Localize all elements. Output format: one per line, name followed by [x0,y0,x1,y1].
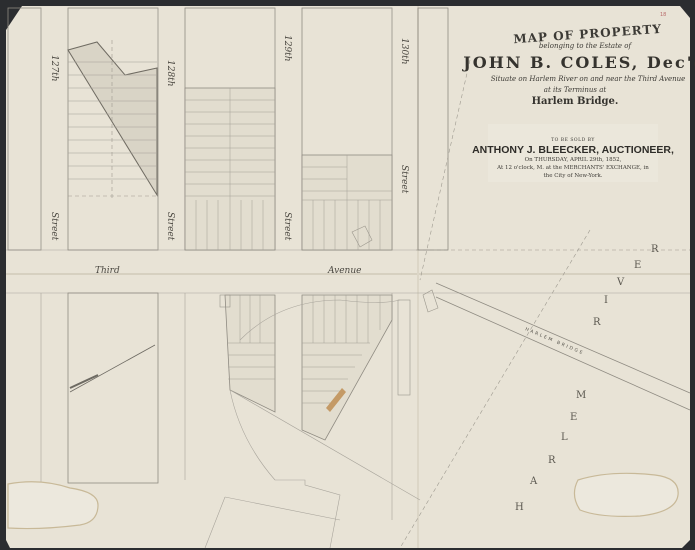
auctioneer-name: ANTHONY J. BLEECKER, AUCTIONEER, [472,144,674,156]
block-128-129-lots [185,88,275,250]
map-sheet: HARLEM BRIDGE 127th 128th 129th 130th St… [0,0,695,550]
street-127-label: 127th [49,55,59,82]
street-129-label: 129th [282,35,292,62]
auction-city: the City of New-York. [543,173,602,179]
svg-text:R: R [548,455,557,466]
owner-name: JOHN B. COLES, Dec'd [461,53,695,72]
third-label: Third [95,266,120,276]
street-128-label: 128th [165,60,175,87]
catalog-stamp: 18 [660,12,666,18]
svg-text:V: V [616,277,625,288]
block-129-130-lots [302,155,392,250]
to-be-sold-by: TO BE SOLD BY [551,137,595,143]
svg-text:A: A [529,476,538,487]
svg-text:E: E [634,260,642,271]
water-stain-right [574,473,678,516]
svg-text:I: I [604,295,609,306]
svg-text:R: R [651,244,660,255]
street-word-3: Street [282,212,292,241]
svg-text:R: R [593,317,602,328]
street-word-1: Street [49,212,59,241]
street-word-2: Street [165,212,175,241]
svg-text:L: L [561,432,569,443]
harlem-bridge-title: Harlem Bridge. [532,96,619,107]
location-line: Situate on Harlem River on and near the … [491,75,686,83]
street-word-4: Street [399,165,409,194]
auction-notice: TO BE SOLD BY ANTHONY J. BLEECKER, AUCTI… [472,124,674,182]
svg-text:H: H [515,502,525,513]
auction-place: At 12 o'clock, M. at the MERCHANTS' EXCH… [496,165,649,171]
svg-text:M: M [576,390,587,401]
svg-text:E: E [570,412,578,423]
street-130-label: 130th [399,38,409,65]
terminus-line: at its Terminus at [544,86,607,94]
avenue-label: Avenue [327,266,361,276]
auction-date: On THURSDAY, APRIL 29th, 1852, [525,157,622,163]
title-subtitle: belonging to the Estate of [539,42,633,50]
